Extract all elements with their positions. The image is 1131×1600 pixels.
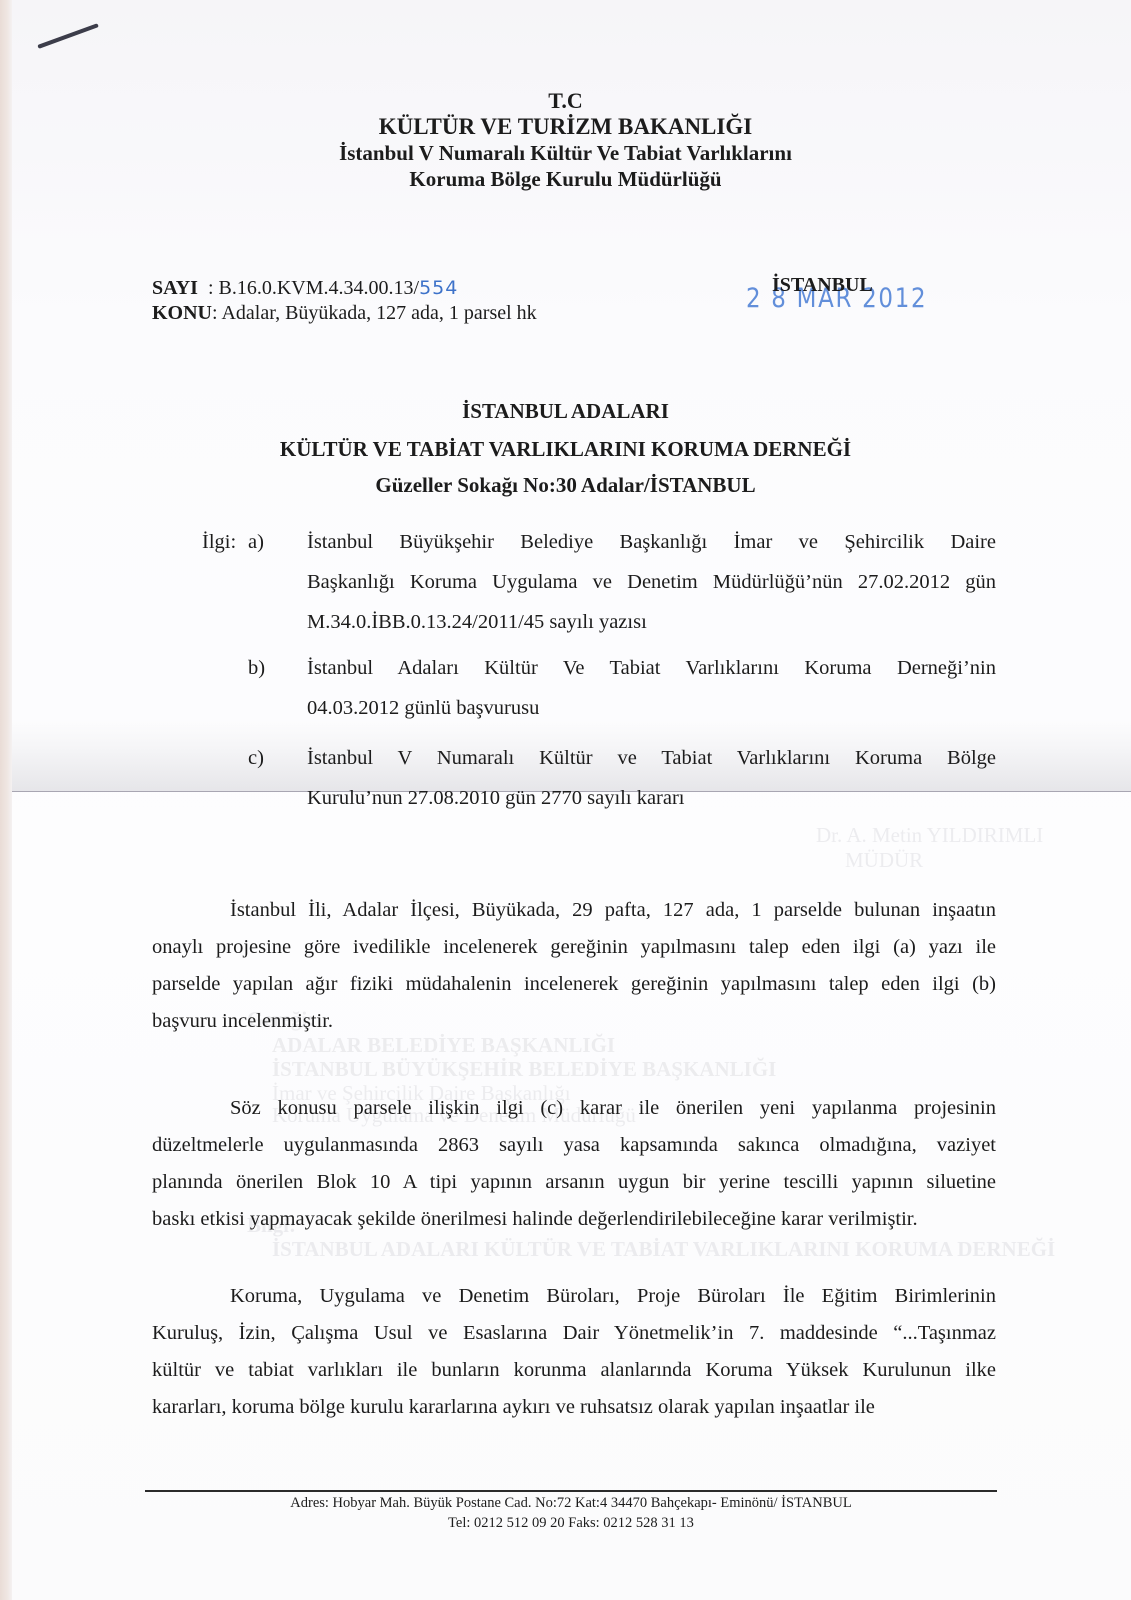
reference-c: c) İstanbul V Numaralı Kültür ve Tabiat … bbox=[248, 738, 996, 818]
document-meta: SAYI : B.16.0.KVM.4.34.00.13/554 KONU: A… bbox=[152, 276, 537, 326]
paragraph-line: Koruma, Uygulama ve Denetim Büroları, Pr… bbox=[152, 1278, 996, 1315]
paragraph-line: İstanbul İli, Adalar İlçesi, Büyükada, 2… bbox=[152, 892, 996, 929]
body-paragraph-1: İstanbul İli, Adalar İlçesi, Büyükada, 2… bbox=[152, 892, 996, 1040]
references-label: İlgi: bbox=[202, 522, 236, 562]
reference-line: Kurulu’nun 27.08.2010 gün 2770 sayılı ka… bbox=[307, 778, 996, 818]
addressee-address: Güzeller Sokağı No:30 Adalar/İSTANBUL bbox=[0, 468, 1131, 502]
addressee-line-1: İSTANBUL ADALARI bbox=[0, 392, 1131, 430]
reference-a: İlgi: a) İstanbul Büyükşehir Belediye Ba… bbox=[248, 522, 996, 642]
reference-line: İstanbul V Numaralı Kültür ve Tabiat Var… bbox=[307, 738, 996, 778]
reference-key: b) bbox=[248, 648, 265, 688]
footer-contact: Tel: 0212 512 09 20 Faks: 0212 528 31 13 bbox=[145, 1513, 997, 1533]
page-edge-shadow bbox=[0, 0, 12, 1600]
konu-label: KONU bbox=[152, 302, 212, 324]
paragraph-line: baskı etkisi yapmayacak şekilde önerilme… bbox=[152, 1201, 996, 1238]
city-label: İSTANBUL bbox=[772, 274, 873, 297]
reference-line: İstanbul Adaları Kültür Ve Tabiat Varlık… bbox=[307, 648, 996, 688]
footer-address: Adres: Hobyar Mah. Büyük Postane Cad. No… bbox=[145, 1493, 997, 1513]
paragraph-line: düzeltmelerle uygulanmasında 2863 sayılı… bbox=[152, 1127, 996, 1164]
paragraph-line: parselde yapılan ağır fiziki müdahalenin… bbox=[152, 966, 996, 1003]
paragraph-line: Söz konusu parsele ilişkin ilgi (c) kara… bbox=[152, 1090, 996, 1127]
paragraph-line: onaylı projesine göre ivedilikle incelen… bbox=[152, 929, 996, 966]
konu-row: KONU: Adalar, Büyükada, 127 ada, 1 parse… bbox=[152, 301, 537, 326]
paragraph-line: kültür ve tabiat varlıkları ile bunların… bbox=[152, 1352, 996, 1389]
footer-divider bbox=[145, 1490, 997, 1492]
paragraph-line: kararları, koruma bölge kurulu kararları… bbox=[152, 1389, 996, 1426]
sayi-value: : B.16.0.KVM.4.34.00.13/ bbox=[208, 277, 419, 299]
references-block: İlgi: a) İstanbul Büyükşehir Belediye Ba… bbox=[248, 522, 996, 818]
konu-value: : Adalar, Büyükada, 127 ada, 1 parsel hk bbox=[212, 302, 537, 324]
letterhead: T.C KÜLTÜR VE TURİZM BAKANLIĞI İstanbul … bbox=[0, 88, 1131, 192]
reference-key: c) bbox=[248, 738, 264, 778]
paragraph-line: başvuru incelenmiştir. bbox=[152, 1003, 996, 1040]
body-paragraph-2: Söz konusu parsele ilişkin ilgi (c) kara… bbox=[152, 1090, 996, 1238]
unit-title-line-1: İstanbul V Numaralı Kültür Ve Tabiat Var… bbox=[0, 140, 1131, 166]
reference-line: M.34.0.İBB.0.13.24/2011/45 sayılı yazısı bbox=[307, 602, 996, 642]
sayi-row: SAYI : B.16.0.KVM.4.34.00.13/554 bbox=[152, 276, 537, 301]
reference-key: a) bbox=[248, 522, 264, 562]
reference-line: Başkanlığı Koruma Uygulama ve Denetim Mü… bbox=[307, 562, 996, 602]
state-title: T.C bbox=[0, 88, 1131, 114]
reference-line: İstanbul Büyükşehir Belediye Başkanlığı … bbox=[307, 522, 996, 562]
addressee-block: İSTANBUL ADALARI KÜLTÜR VE TABİAT VARLIK… bbox=[0, 392, 1131, 502]
addressee-line-2: KÜLTÜR VE TABİAT VARLIKLARINI KORUMA DER… bbox=[0, 430, 1131, 468]
ministry-title: KÜLTÜR VE TURİZM BAKANLIĞI bbox=[0, 114, 1131, 140]
unit-title-line-2: Koruma Bölge Kurulu Müdürlüğü bbox=[0, 166, 1131, 192]
paragraph-line: Kuruluş, İzin, Çalışma Usul ve Esasların… bbox=[152, 1315, 996, 1352]
reference-b: b) İstanbul Adaları Kültür Ve Tabiat Var… bbox=[248, 648, 996, 728]
footer: Adres: Hobyar Mah. Büyük Postane Cad. No… bbox=[145, 1493, 997, 1533]
sayi-label: SAYI bbox=[152, 277, 198, 299]
sayi-handwritten-number: 554 bbox=[419, 277, 458, 299]
body-paragraph-3: Koruma, Uygulama ve Denetim Büroları, Pr… bbox=[152, 1278, 996, 1426]
reference-line: 04.03.2012 günlü başvurusu bbox=[307, 688, 996, 728]
paragraph-line: planında önerilen Blok 10 A tipi yapının… bbox=[152, 1164, 996, 1201]
